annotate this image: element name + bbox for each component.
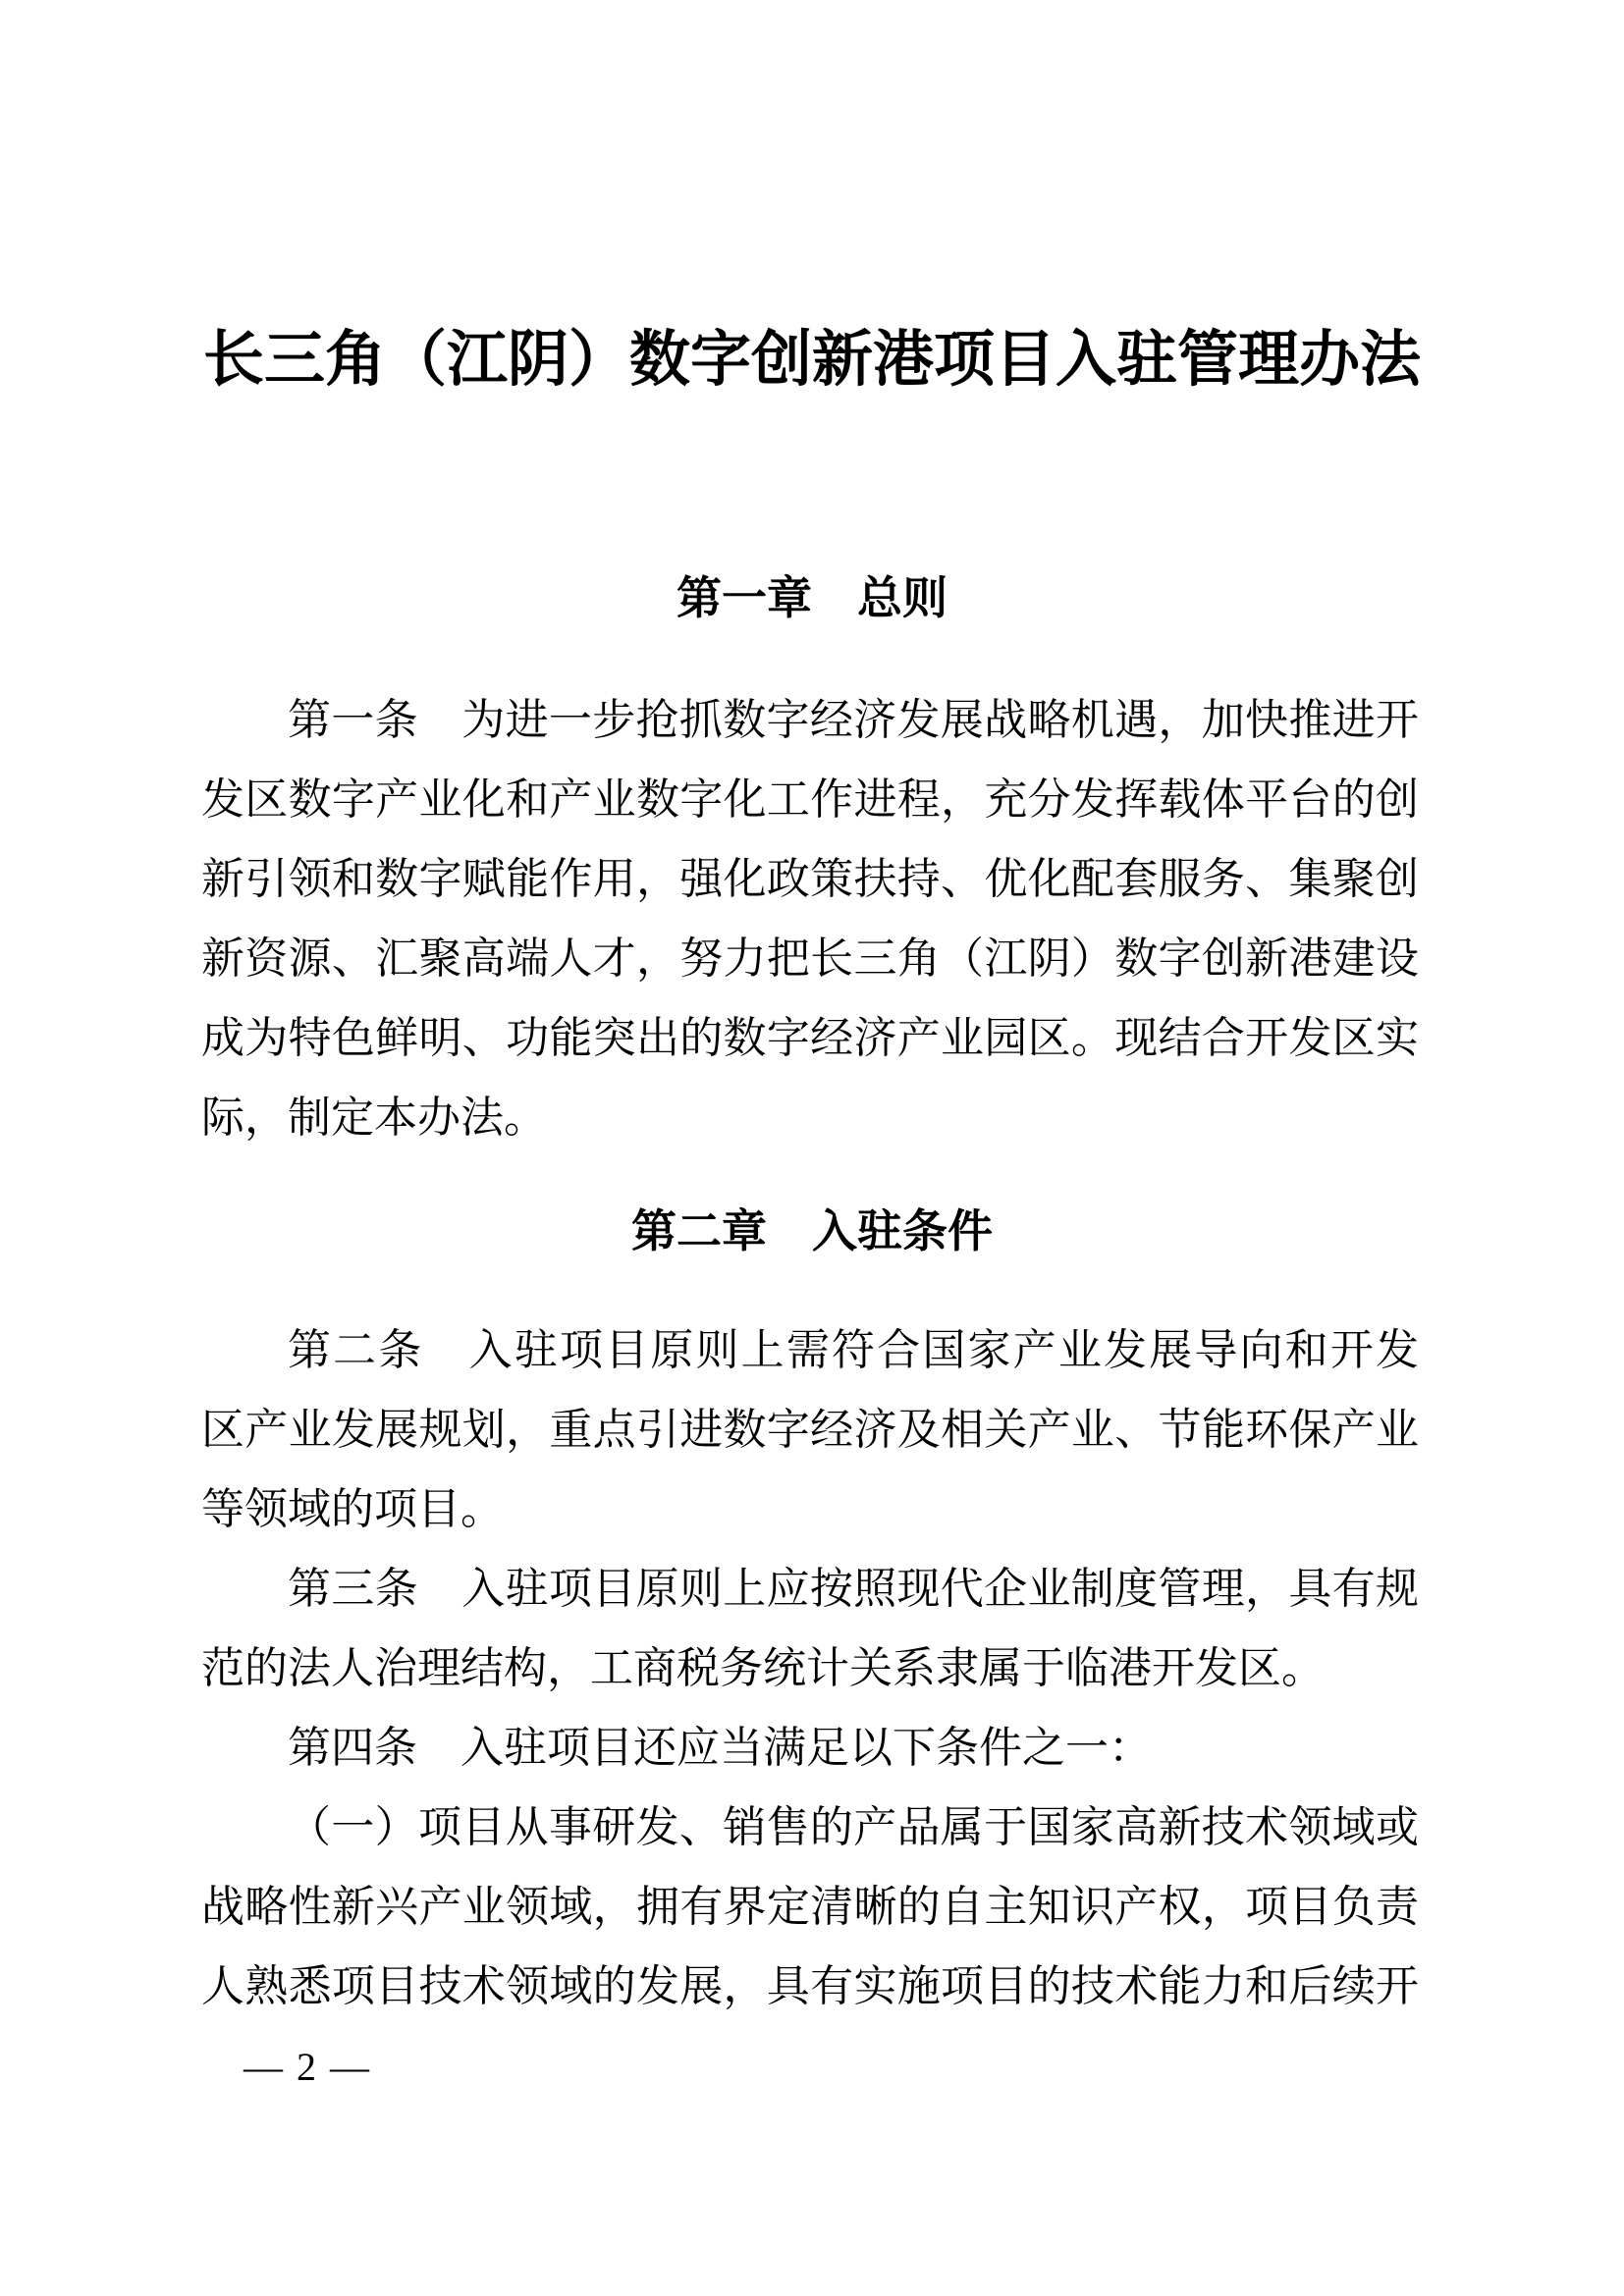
document-title: 长三角（江阴）数字创新港项目入驻管理办法 bbox=[103, 324, 1521, 397]
body-line: （一）项目从事研发、销售的产品属于国家高新技术领域或 bbox=[201, 1788, 1419, 1868]
page-number: — 2 — bbox=[244, 2044, 371, 2091]
body-line: 新资源、汇聚高端人才，努力把长三角（江阴）数字创新港建设 bbox=[201, 919, 1419, 999]
body-line: 际，制定本办法。 bbox=[201, 1078, 1419, 1158]
body-line: 新引领和数字赋能作用，强化政策扶持、优化配套服务、集聚创 bbox=[201, 839, 1419, 920]
body-line: 发区数字产业化和产业数字化工作进程，充分发挥载体平台的创 bbox=[201, 760, 1419, 840]
body-line: 第三条 入驻项目原则上应按照现代企业制度管理，具有规 bbox=[201, 1549, 1419, 1629]
body-line: 人熟悉项目技术领域的发展，具有实施项目的技术能力和后续开 bbox=[201, 1947, 1419, 2027]
body-line: 第四条 入驻项目还应当满足以下条件之一： bbox=[201, 1708, 1419, 1789]
body-line: 等领域的项目。 bbox=[201, 1469, 1419, 1550]
chapter-2-heading: 第二章 入驻条件 bbox=[0, 1201, 1624, 1260]
body-line: 范的法人治理结构，工商税务统计关系隶属于临港开发区。 bbox=[201, 1629, 1419, 1709]
document-page: 长三角（江阴）数字创新港项目入驻管理办法 第一章 总则 第一条 为进一步抢抓数字… bbox=[0, 0, 1624, 2296]
body-line: 第二条 入驻项目原则上需符合国家产业发展导向和开发 bbox=[201, 1310, 1419, 1391]
chapter-1-heading: 第一章 总则 bbox=[0, 568, 1624, 627]
body-line: 第一条 为进一步抢抓数字经济发展战略机遇，加快推进开 bbox=[201, 680, 1419, 761]
body-line: 成为特色鲜明、功能突出的数字经济产业园区。现结合开发区实 bbox=[201, 998, 1419, 1079]
body-line: 战略性新兴产业领域，拥有界定清晰的自主知识产权，项目负责 bbox=[201, 1867, 1419, 1948]
body-line: 区产业发展规划，重点引进数字经济及相关产业、节能环保产业 bbox=[201, 1390, 1419, 1470]
